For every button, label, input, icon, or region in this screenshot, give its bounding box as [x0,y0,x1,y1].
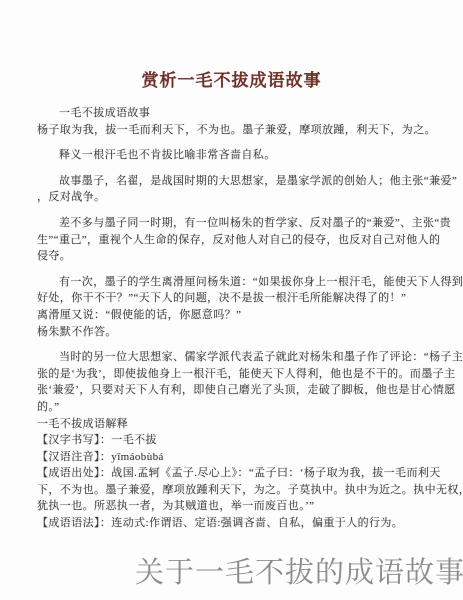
text-line-section-header: 一毛不拔成语解释 [37,416,433,433]
text-line: 杨朱默不作答。 [37,324,433,341]
text-line: 的。” [37,399,433,416]
text-line: 差不多与墨子同一时期，有一位叫杨朱的哲学家、反对墨子的“兼爱”、主张“贵 [37,215,433,232]
text-line: 下，不为也。墨子兼爱，摩项放踵利天下，为之。子莫执中。执中为近之。执中无权， [37,482,433,499]
text-line: ，反对战争。 [37,189,433,206]
text-line: 犹执一也。所恶执一者，为其贼道也，举一而废百也。’” [37,498,433,515]
text-line-pinyin-entry: 【汉语注音】：yīmáobùbá [37,449,433,466]
text-line: 张‘兼爱’，只要对天下人有利，即使自己磨光了头顶，走破了脚板，他也是甘心情愿 [37,382,433,399]
text-line: 离滑厘又说：“假使能的话，你愿意吗？” [37,307,433,324]
document-page: 赏析一毛不拔成语故事 一毛不拔成语故事 杨子取为我，拔一毛而利天下，不为也。墨子… [0,0,463,600]
text-line-story: 故事墨子，名翟，是战国时期的大思想家，是墨家学派的创始人；他主张“兼爱” [37,173,433,190]
text-line: 杨子取为我，拔一毛而利天下，不为也。墨子兼爱，摩项放踵，利天下，为之。 [37,122,433,139]
text-line-grammar-entry: 【成语语法】：连动式:作谓语、定语:强调吝啬、自私，偏重于人的行为。 [37,515,433,532]
footer-caption: 关于一毛不拔的成语故事 [135,556,463,590]
text-line: 侵夺。 [37,248,433,265]
text-line: 生”“重己”，重视个人生命的保存，反对他人对自己的侵夺，也反对自己对他人的 [37,232,433,249]
text-line-hanzi-entry: 【汉字书写】：一毛不拔 [37,432,433,449]
document-body: 一毛不拔成语故事 杨子取为我，拔一毛而利天下，不为也。墨子兼爱，摩项放踵，利天下… [0,105,463,532]
text-line: 张的是‘为我’，即使拔他身上一根汗毛，能使天下人得利，他也是不干的。而墨子主 [37,366,433,383]
text-line: 当时的另一位大思想家、儒家学派代表孟子就此对杨朱和墨子作了评论：“杨子主 [37,349,433,366]
document-title: 赏析一毛不拔成语故事 [0,68,463,93]
text-line-source-entry: 【成语出处】：战国.孟轲《孟子.尽心上》：“孟子曰：‘杨子取为我，拔一毛而利天 [37,465,433,482]
text-line: 好处，你干不干？”“天下人的问题，决不是拔一根汗毛所能解决得了的！” [37,290,433,307]
text-line: 有一次，墨子的学生离滑厘问杨朱道：“如果拔你身上一根汗毛，能使天下人得到 [37,274,433,291]
text-line-subtitle: 一毛不拔成语故事 [37,105,433,122]
text-line-definition: 释义一根汗毛也不肯拔比喻非常吝啬自私。 [37,147,433,164]
